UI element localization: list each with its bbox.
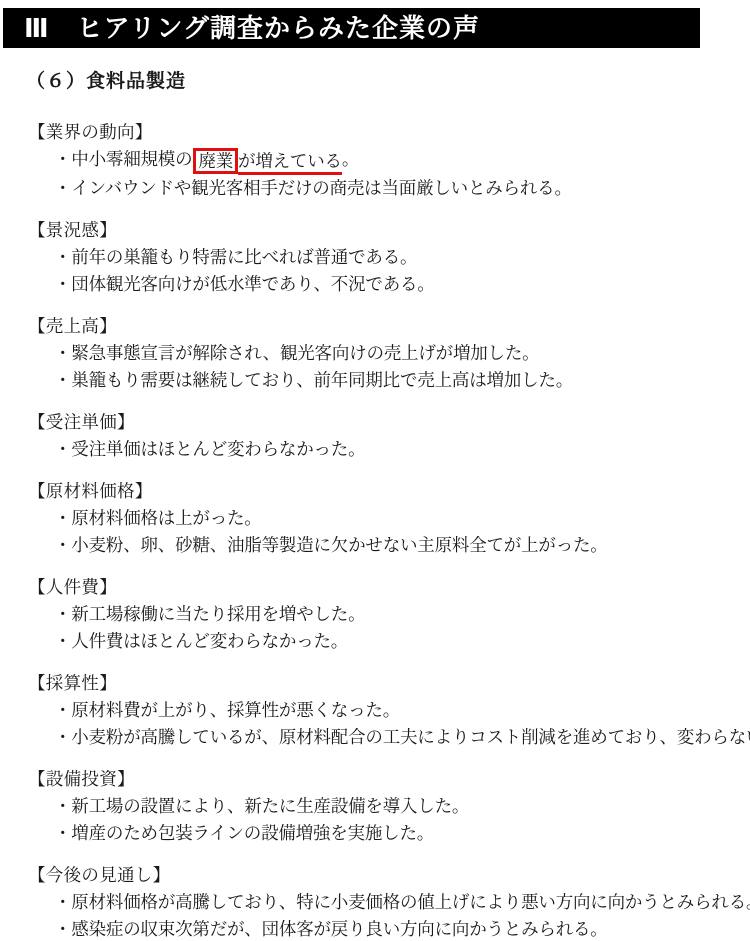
section-labor-costs: 【人件費】 ・新工場稼働に当たり採用を増やした。 ・人件費はほとんど変わらなかっ… <box>28 574 750 655</box>
section-heading: 【設備投資】 <box>28 766 750 793</box>
content-area: 【業界の動向】 ・中小零細規模の廃業が増えている。 ・インバウンドや観光客相手だ… <box>28 119 750 941</box>
bullet-line: ・原材料費が上がり、採算性が悪くなった。 <box>54 697 750 724</box>
section-heading: 【業界の動向】 <box>28 119 750 146</box>
bullet-line: ・原材料価格は上がった。 <box>54 505 750 532</box>
bullet-text: 。 <box>342 149 359 169</box>
bullet-line: ・受注単価はほとんど変わらなかった。 <box>54 436 750 463</box>
section-heading: 【人件費】 <box>28 574 750 601</box>
red-underline-annotation: が増えている <box>238 151 342 175</box>
section-profitability: 【採算性】 ・原材料費が上がり、採算性が悪くなった。 ・小麦粉が高騰しているが、… <box>28 670 750 751</box>
bullet-line: ・感染症の収束次第だが、団体客が戻り良い方向に向かうとみられる。 <box>54 916 750 941</box>
section-industry-trends: 【業界の動向】 ・中小零細規模の廃業が増えている。 ・インバウンドや観光客相手だ… <box>28 119 750 202</box>
bullet-line: ・巣籠もり需要は継続しており、前年同期比で売上高は増加した。 <box>54 367 750 394</box>
section-future-outlook: 【今後の見通し】 ・原材料価格が高騰しており、特に小麦価格の値上げにより悪い方向… <box>28 862 750 941</box>
subsection-heading: （６）食料品製造 <box>26 66 750 93</box>
section-order-unit-price: 【受注単価】 ・受注単価はほとんど変わらなかった。 <box>28 409 750 463</box>
section-business-sentiment: 【景況感】 ・前年の巣籠もり特需に比べれば普通である。 ・団体観光客向けが低水準… <box>28 217 750 298</box>
bullet-line: ・増産のため包装ラインの設備増強を実施した。 <box>54 820 750 847</box>
bullet-line: ・前年の巣籠もり特需に比べれば普通である。 <box>54 244 750 271</box>
bullet-line: ・新工場稼働に当たり採用を増やした。 <box>54 601 750 628</box>
section-capital-investment: 【設備投資】 ・新工場の設置により、新たに生産設備を導入した。 ・増産のため包装… <box>28 766 750 847</box>
chapter-title: Ⅲ ヒアリング調査からみた企業の声 <box>24 13 480 43</box>
bullet-line: ・人件費はほとんど変わらなかった。 <box>54 628 750 655</box>
chapter-title-banner: Ⅲ ヒアリング調査からみた企業の声 <box>3 8 700 48</box>
bullet-line: ・緊急事態宣言が解除され、観光客向けの売上げが増加した。 <box>54 340 750 367</box>
section-heading: 【景況感】 <box>28 217 750 244</box>
bullet-line: ・小麦粉、卵、砂糖、油脂等製造に欠かせない主原料全てが上がった。 <box>54 532 750 559</box>
section-heading: 【採算性】 <box>28 670 750 697</box>
bullet-line: ・団体観光客向けが低水準であり、不況である。 <box>54 271 750 298</box>
red-box-annotation: 廃業 <box>193 148 238 174</box>
bullet-line: ・中小零細規模の廃業が増えている。 <box>54 146 750 175</box>
document-page: Ⅲ ヒアリング調査からみた企業の声 （６）食料品製造 【業界の動向】 ・中小零細… <box>0 8 750 941</box>
section-heading: 【今後の見通し】 <box>28 862 750 889</box>
section-heading: 【売上高】 <box>28 313 750 340</box>
section-raw-material-prices: 【原材料価格】 ・原材料価格は上がった。 ・小麦粉、卵、砂糖、油脂等製造に欠かせ… <box>28 478 750 559</box>
section-heading: 【原材料価格】 <box>28 478 750 505</box>
bullet-line: ・原材料価格が高騰しており、特に小麦価格の値上げにより悪い方向に向かうとみられる… <box>54 889 750 916</box>
bullet-line: ・小麦粉が高騰しているが、原材料配合の工夫によりコスト削減を進めており、変わらな… <box>54 724 750 751</box>
bullet-line: ・新工場の設置により、新たに生産設備を導入した。 <box>54 793 750 820</box>
bullet-text: ・中小零細規模の <box>54 149 192 169</box>
section-heading: 【受注単価】 <box>28 409 750 436</box>
bullet-line: ・インバウンドや観光客相手だけの商売は当面厳しいとみられる。 <box>54 175 750 202</box>
section-sales: 【売上高】 ・緊急事態宣言が解除され、観光客向けの売上げが増加した。 ・巣籠もり… <box>28 313 750 394</box>
